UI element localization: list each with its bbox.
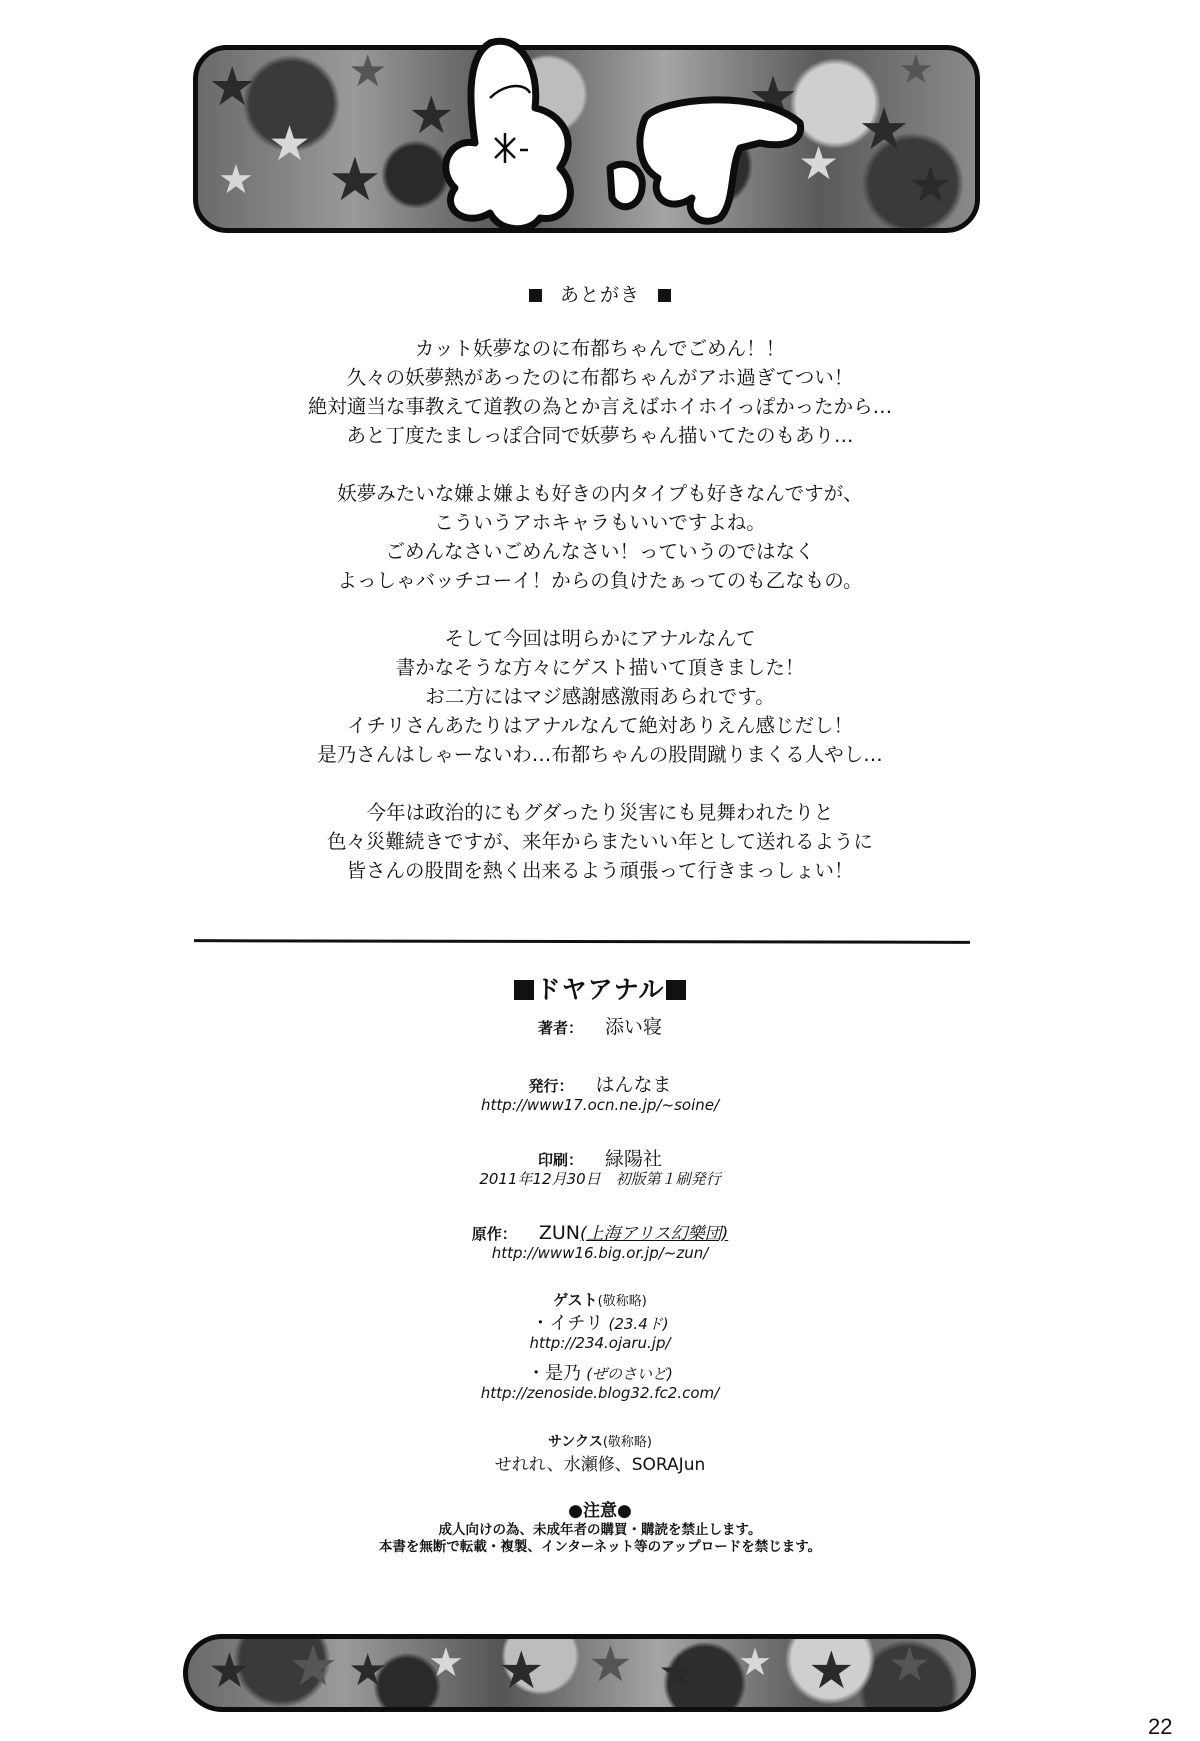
thanks-note: (敬称略) [603,1435,652,1450]
afterword-paragraph: 今年は政治的にもグダったり災害にも見舞われたりと 色々災難続きですが、来年からま… [0,798,1200,885]
afterword-paragraph: カット妖夢なのに布都ちゃんでごめん！！ 久々の妖夢熱があったのに布都ちゃんがアホ… [0,334,1200,450]
guest-circle: (23.4ド) [608,1315,668,1333]
star-icon: ★ [588,1639,633,1689]
thanks-label: サンクス [548,1434,603,1450]
guest-entry: ・イチリ (23.4ド) [0,1313,1200,1335]
star-icon: ★ [348,50,387,94]
afterword-paragraph: そして今回は明らかにアナルなんて 書かなそうな方々にゲスト描いて頂きました！ お… [0,624,1200,769]
afterword-heading-text: あとがき [560,284,640,306]
book-title-text: ドヤアナル [536,975,665,1004]
square-bullet-icon [658,289,671,302]
afterword-line: そして今回は明らかにアナルなんて [0,624,1200,653]
author-label: 著者： [538,1019,583,1037]
star-icon: ★ [208,1647,251,1695]
original-circle: (上海アリス幻樂団) [580,1224,728,1244]
afterword-line: 久々の妖夢熱があったのに布都ちゃんがアホ過ぎてつい！ [0,363,1200,392]
afterword-line: 妖夢みたいな嫌よ嫌よも好きの内タイプも好きなんですが、 [0,479,1200,508]
thanks-credits: サンクス(敬称略) せれれ、水瀬修、SORAJun [0,1430,1200,1476]
square-bullet-icon [529,289,542,302]
afterword-line: 絶対適当な事教えて道教の為とか言えばホイホイっぽかったから… [0,392,1200,421]
afterword-body: カット妖夢なのに布都ちゃんでごめん！！ 久々の妖夢熱があったのに布都ちゃんがアホ… [0,334,1200,914]
afterword-line: あと丁度たましっぽ合同で妖夢ちゃん描いてたのもあり… [0,421,1200,450]
afterword-line: 色々災難続きですが、来年からまたいい年として送れるように [0,827,1200,856]
star-icon: ★ [808,1645,855,1697]
star-icon: ★ [218,160,254,200]
star-icon: ★ [858,100,910,158]
star-icon: ★ [908,160,953,210]
afterword-line: 書かなそうな方々にゲスト描いて頂きました！ [0,653,1200,682]
author-name: 添い寝 [605,1016,662,1038]
guest-label: ゲスト [553,1291,597,1309]
afterword-line: お二方にはマジ感謝感激雨あられです。 [0,682,1200,711]
afterword-line: 皆さんの股間を熱く出来るよう頑張って行きまっしょい！ [0,856,1200,885]
afterword-line: よっしゃバッチコーイ！からの負けたぁってのも乙なもの。 [0,566,1200,595]
original-work-credit: 原作：ZUN(上海アリス幻樂団) http://www16.big.or.jp/… [0,1222,1200,1261]
publisher-url: http://www17.ocn.ne.jp/~soine/ [0,1097,1200,1113]
guest-circle: (ぜのさいど) [586,1365,673,1383]
guest-url: http://234.ojaru.jp/ [0,1335,1200,1351]
printer-label: 印刷： [538,1151,583,1169]
author-credit: 著者：添い寝 [0,1012,1200,1039]
afterword-line: こういうアホキャラもいいですよね。 [0,508,1200,537]
star-icon: ★ [268,120,311,168]
star-icon: ★ [888,1641,931,1689]
section-divider [194,939,970,944]
afterword-line: 是乃さんはしゃーないわ…布都ちゃんの股間蹴りまくる人やし… [0,740,1200,769]
afterword-line: ごめんなさいごめんなさい！っていうのではなく [0,537,1200,566]
afterword-line: カット妖夢なのに布都ちゃんでごめん！！ [0,334,1200,363]
notice-title: ●注意● [0,1500,1200,1522]
notice-line: 成人向けの為、未成年者の購買・購読を禁止します。 [0,1522,1200,1539]
guest-credits: ゲスト(敬称略) ・イチリ (23.4ド) http://234.ojaru.j… [0,1289,1200,1401]
star-icon: ★ [348,1649,387,1693]
book-title: ドヤアナル [0,970,1200,1006]
square-bullet-icon [514,980,534,1000]
thanks-names: せれれ、水瀬修、SORAJun [0,1454,1200,1476]
guest-note: (敬称略) [598,1294,647,1309]
afterword-heading: あとがき [0,280,1200,307]
star-icon: ★ [208,60,256,114]
guest-name: ・イチリ [531,1313,603,1334]
footer-banner: ★ ★ ★ ★ ★ ★ ★ ★ ★ ★ [183,1634,976,1712]
publisher-label: 発行： [528,1077,573,1095]
original-author: ZUN [539,1222,580,1244]
star-icon: ★ [898,50,934,90]
afterword-line: イチリさんあたりはアナルなんて絶対ありえん感じだし！ [0,711,1200,740]
publication-date: 2011年12月30日 初版第１刷発行 [0,1171,1200,1187]
star-icon: ★ [738,1643,772,1681]
guest-entry: ・是乃 (ぜのさいど) [0,1363,1200,1385]
star-icon: ★ [288,1639,338,1695]
original-label: 原作： [472,1225,517,1243]
page-number: 22 [1148,1714,1172,1740]
star-icon: ★ [658,1649,699,1695]
afterword-paragraph: 妖夢みたいな嫌よ嫌よも好きの内タイプも好きなんですが、 こういうアホキャラもいい… [0,479,1200,595]
star-icon: ★ [498,1645,545,1697]
notice: ●注意● 成人向けの為、未成年者の購買・購読を禁止します。 本書を無断で転載・複… [0,1500,1200,1556]
afterword-line: 今年は政治的にもグダったり災害にも見舞われたりと [0,798,1200,827]
original-url: http://www16.big.or.jp/~zun/ [0,1245,1200,1261]
star-icon: ★ [428,1643,464,1683]
publisher-credit: 発行：はんなま http://www17.ocn.ne.jp/~soine/ [0,1074,1200,1113]
star-icon: ★ [328,150,382,210]
guest-name: ・是乃 [527,1363,581,1384]
notice-line: 本書を無断で転載・複製、インターネット等のアップロードを禁じます。 [0,1539,1200,1556]
printer-name: 緑陽社 [605,1148,662,1170]
title-art-logo [430,28,810,238]
guest-url: http://zenoside.blog32.fc2.com/ [0,1385,1200,1401]
square-bullet-icon [666,980,686,1000]
printer-credit: 印刷：緑陽社 2011年12月30日 初版第１刷発行 [0,1148,1200,1187]
publisher-name: はんなま [596,1074,672,1096]
